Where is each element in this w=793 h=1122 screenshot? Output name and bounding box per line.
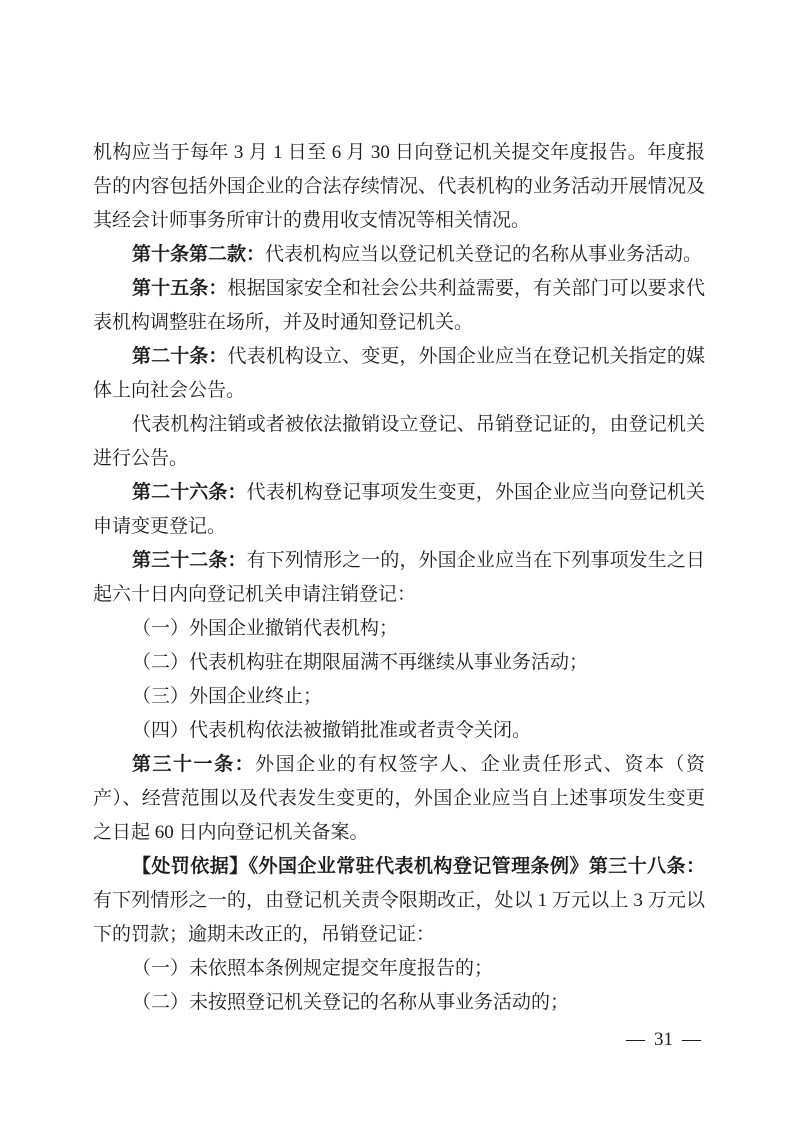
paragraph-1-text: 机构应当于每年 3 月 1 日至 6 月 30 日向登记机关提交年度报告。年度报…: [93, 142, 705, 231]
paragraph-7-lead: 第三十二条：: [132, 550, 247, 571]
paragraph-11: （四）代表机构依法被撤销批准或者责令关闭。: [93, 714, 705, 748]
paragraph-7: 第三十二条：有下列情形之一的，外国企业应当在下列事项发生之日起六十日内向登记机关…: [93, 544, 705, 612]
paragraph-15-text: （二）未按照登记机关登记的名称从事业务活动的；: [132, 992, 569, 1013]
paragraph-5: 代表机构注销或者被依法撤销设立登记、吊销登记证的，由登记机关进行公告。: [93, 408, 705, 476]
paragraph-13: 【处罚依据】《外国企业常驻代表机构登记管理条例》第三十八条：有下列情形之一的，由…: [93, 850, 705, 952]
paragraph-14-text: （一）未依照本条例规定提交年度报告的；: [132, 958, 493, 979]
paragraph-9-text: （二）代表机构驻在期限届满不再继续从事业务活动；: [132, 652, 588, 673]
footer-right-dash: —: [682, 1027, 701, 1053]
paragraph-13-lead: 【处罚依据】《外国企业常驻代表机构登记管理条例》第三十八条：: [132, 856, 705, 877]
document-page: 机构应当于每年 3 月 1 日至 6 月 30 日向登记机关提交年度报告。年度报…: [0, 0, 793, 1122]
paragraph-8: （一）外国企业撤销代表机构；: [93, 612, 705, 646]
paragraph-3-lead: 第十五条：: [132, 278, 228, 299]
paragraph-3: 第十五条：根据国家安全和社会公共利益需要，有关部门可以要求代表机构调整驻在场所，…: [93, 272, 705, 340]
paragraph-1: 机构应当于每年 3 月 1 日至 6 月 30 日向登记机关提交年度报告。年度报…: [93, 136, 705, 238]
page-footer: —31—: [626, 1027, 701, 1053]
paragraph-10: （三）外国企业终止；: [93, 680, 705, 714]
paragraph-8-text: （一）外国企业撤销代表机构；: [132, 618, 398, 639]
paragraph-2: 第十条第二款：代表机构应当以登记机关登记的名称从事业务活动。: [93, 238, 705, 272]
paragraph-14: （一）未依照本条例规定提交年度报告的；: [93, 952, 705, 986]
paragraph-2-text: 代表机构应当以登记机关登记的名称从事业务活动。: [265, 244, 702, 265]
paragraph-15: （二）未按照登记机关登记的名称从事业务活动的；: [93, 986, 705, 1020]
document-body: 机构应当于每年 3 月 1 日至 6 月 30 日向登记机关提交年度报告。年度报…: [93, 136, 705, 1020]
paragraph-13-text: 有下列情形之一的，由登记机关责令限期改正，处以 1 万元以上 3 万元以下的罚款…: [93, 890, 705, 945]
footer-left-dash: —: [626, 1027, 645, 1053]
paragraph-9: （二）代表机构驻在期限届满不再继续从事业务活动；: [93, 646, 705, 680]
paragraph-4: 第二十条：代表机构设立、变更，外国企业应当在登记机关指定的媒体上向社会公告。: [93, 340, 705, 408]
paragraph-12-lead: 第三十一条：: [132, 754, 255, 775]
paragraph-6: 第二十六条：代表机构登记事项发生变更，外国企业应当向登记机关申请变更登记。: [93, 476, 705, 544]
paragraph-6-lead: 第二十六条：: [132, 482, 247, 503]
page-number: 31: [654, 1027, 673, 1053]
paragraph-10-text: （三）外国企业终止；: [132, 686, 322, 707]
paragraph-5-text: 代表机构注销或者被依法撤销设立登记、吊销登记证的，由登记机关进行公告。: [93, 414, 705, 469]
paragraph-11-text: （四）代表机构依法被撤销批准或者责令关闭。: [132, 720, 531, 741]
paragraph-12: 第三十一条：外国企业的有权签字人、企业责任形式、资本（资产）、经营范围以及代表发…: [93, 748, 705, 850]
paragraph-4-lead: 第二十条：: [132, 346, 228, 367]
paragraph-2-lead: 第十条第二款：: [132, 244, 265, 265]
